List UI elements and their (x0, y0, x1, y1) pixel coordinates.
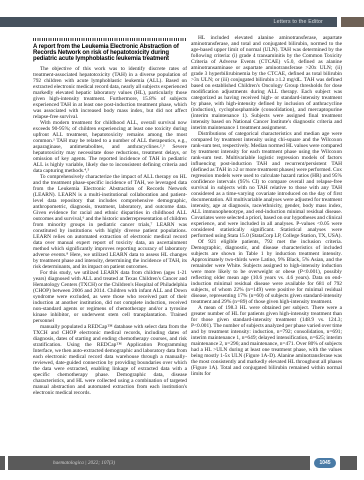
footer-bar: haematologica | 2022; 107(3) (8, 456, 310, 470)
paragraph-cohort-results: Of 921 eligible patients, 792 met the in… (191, 239, 342, 305)
page-number-badge: 1045 (314, 458, 336, 468)
title-rule (33, 38, 187, 41)
paragraph-definitions: HL included elevated alanine aminotransf… (191, 35, 342, 131)
paragraph-statistics: Distributions of categorical characteris… (191, 131, 342, 239)
paragraph-learn-overview: To comprehensively characterize the impa… (33, 174, 187, 270)
header-bar: Letters to the Editor (0, 17, 337, 27)
right-column: HL included elevated alanine aminotransf… (191, 35, 342, 446)
journal-page: Letters to the Editor A report from the … (0, 0, 364, 480)
section-label: Letters to the Editor (274, 17, 337, 27)
footer-left-stub (0, 456, 5, 470)
left-column: A report from the Leukemia Electronic Ab… (33, 38, 187, 446)
article-title: A report from the Leukemia Electronic Ab… (33, 44, 187, 63)
paragraph-hl-results: A mean of 198.3 HL were obtained per sub… (191, 305, 342, 377)
paragraph-background: With modern treatment for childhood ALL,… (33, 120, 187, 174)
paragraph-cohort: For this study, we utilized LEARN data f… (33, 270, 187, 324)
journal-citation: haematologica | 2022; 107(3) (8, 460, 115, 466)
paragraph-data-extraction: manually populated a REDCap™ database wi… (33, 324, 187, 396)
footer-right-stub (340, 456, 357, 470)
paragraph-objective: The objective of this work was to identi… (33, 66, 187, 120)
header-edge-tab (341, 17, 364, 27)
